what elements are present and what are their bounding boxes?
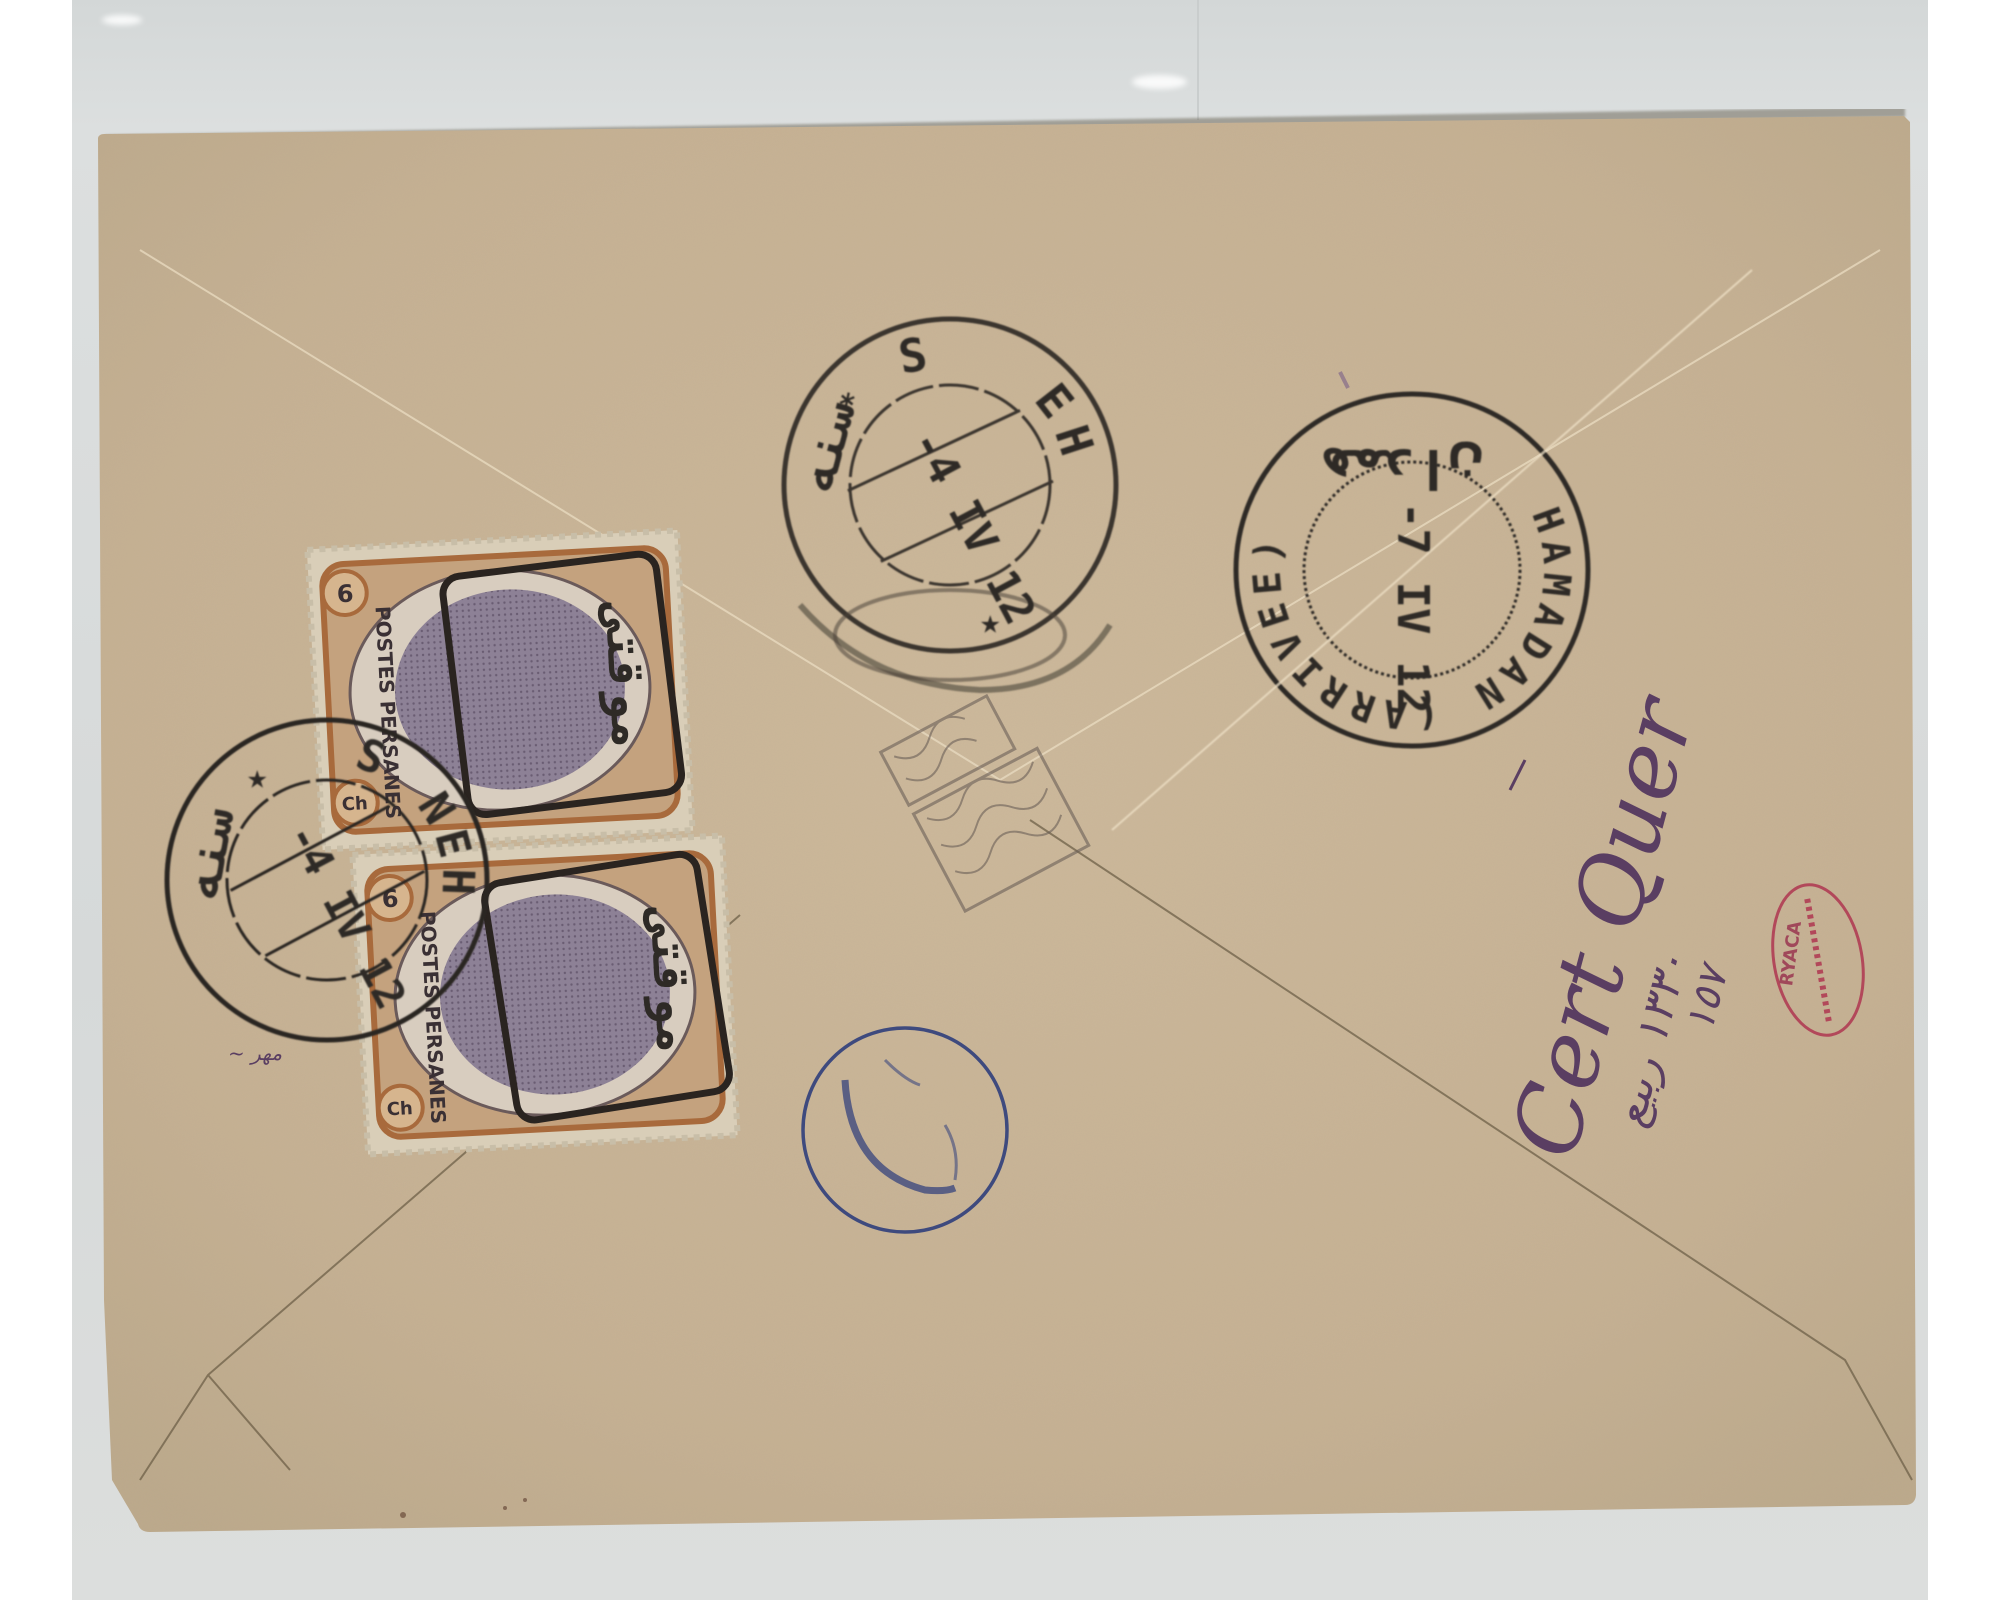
svg-text:ﻣﻮﻗﺘﻰ: ﻣﻮﻗﺘﻰ — [639, 905, 703, 1054]
postmark-date: -7 IV 12 — [1387, 502, 1438, 714]
svg-text:H: H — [432, 868, 484, 896]
svg-text:E: E — [1245, 570, 1291, 597]
svg-text:ﻣﻮﻗﺘﻰ: ﻣﻮﻗﺘﻰ — [594, 600, 658, 749]
svg-text:ﻫﻤﺪﺍﻥ: ﻫﻤﺪﺍﻥ — [1319, 437, 1482, 500]
small-signature: ~ ﻣﻬﺮ — [228, 1041, 282, 1065]
stamp-value: 6 — [336, 580, 354, 609]
stamp-currency: Ch — [341, 793, 368, 815]
star-icon: ★ — [247, 757, 267, 797]
svg-text:(: ( — [1414, 691, 1441, 737]
envelope-back: -4 IV 12 S E H * ★ ﺳﻨﻪ -7 IV 12 HAMADAN … — [0, 0, 2000, 1600]
star-icon: ★ — [980, 602, 1000, 642]
svg-text:M: M — [1533, 571, 1579, 598]
postage-stamp-upper: 6 Ch POSTES PERSANES ﻣﻮﻗﺘﻰ — [307, 531, 692, 850]
stain — [400, 1512, 406, 1518]
stamp-currency: Ch — [386, 1098, 413, 1120]
